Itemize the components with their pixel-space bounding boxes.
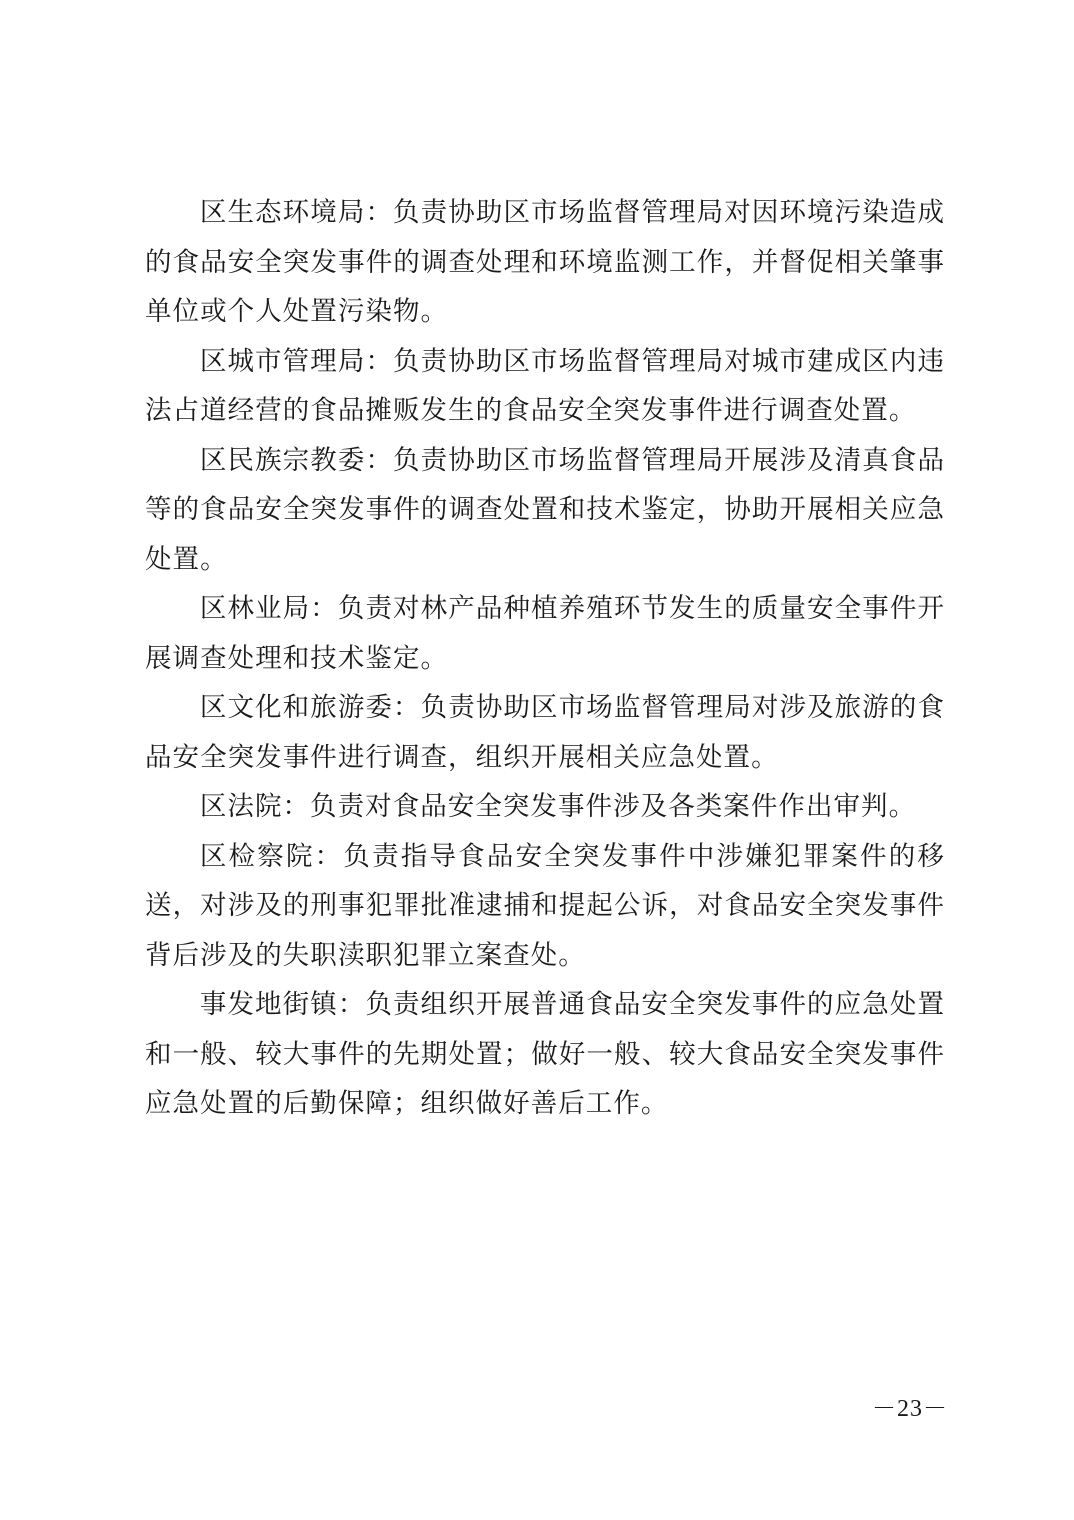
paragraph-culture-tourism-committee: 区文化和旅游委：负责协助区市场监督管理局对涉及旅游的食品安全突发事件进行调查，组… bbox=[145, 683, 945, 782]
paragraph-city-management-bureau: 区城市管理局：负责协助区市场监督管理局对城市建成区内违法占道经营的食品摊贩发生的… bbox=[145, 337, 945, 436]
paragraph-district-court: 区法院：负责对食品安全突发事件涉及各类案件作出审判。 bbox=[145, 782, 945, 832]
paragraph-forestry-bureau: 区林业局：负责对林产品种植养殖环节发生的质量安全事件开展调查处理和技术鉴定。 bbox=[145, 584, 945, 683]
document-body: 区生态环境局：负责协助区市场监督管理局对因环境污染造成的食品安全突发事件的调查处… bbox=[145, 188, 945, 1129]
paragraph-subdistrict-town: 事发地街镇：负责组织开展普通食品安全突发事件的应急处置和一般、较大事件的先期处置… bbox=[145, 980, 945, 1129]
page-number: －23－ bbox=[872, 1388, 948, 1423]
paragraph-procuratorate: 区检察院：负责指导食品安全突发事件中涉嫌犯罪案件的移送，对涉及的刑事犯罪批准逮捕… bbox=[145, 832, 945, 981]
paragraph-ecology-bureau: 区生态环境局：负责协助区市场监督管理局对因环境污染造成的食品安全突发事件的调查处… bbox=[145, 188, 945, 337]
paragraph-ethnic-religious-committee: 区民族宗教委：负责协助区市场监督管理局开展涉及清真食品等的食品安全突发事件的调查… bbox=[145, 436, 945, 585]
